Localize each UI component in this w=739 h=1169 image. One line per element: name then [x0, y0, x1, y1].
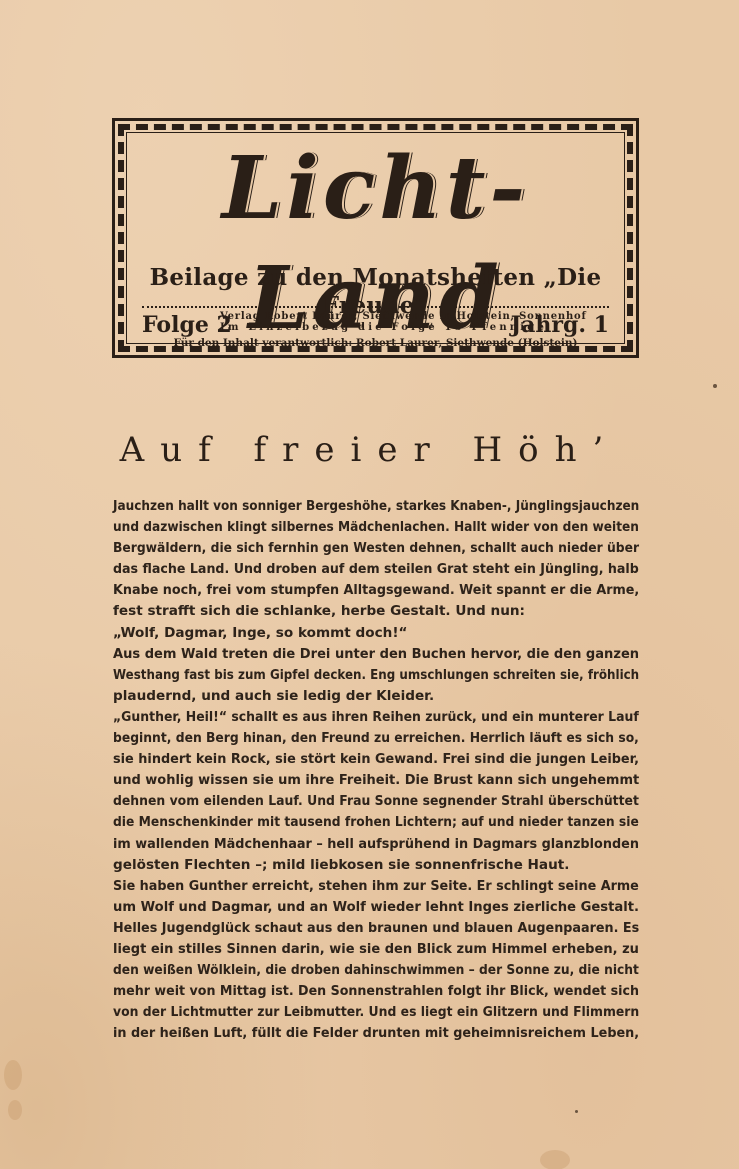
masthead-info: Folge 2 Verlag Robert Laurer, Siethwende…	[142, 310, 609, 354]
text-line: Knabe noch, frei vom stumpfen Alltagsgew…	[113, 580, 639, 601]
text-line: das flache Land. Und droben auf dem stei…	[113, 559, 639, 580]
text-line: mehr weit von Mittag ist. Den Sonnenstra…	[113, 981, 639, 1002]
text-line: plaudernd, und auch sie ledig der Kleide…	[113, 686, 639, 707]
publisher-block: Verlag Robert Laurer, Siethwende in Hols…	[220, 311, 513, 333]
text-line: dehnen vom eilenden Lauf. Und Frau Sonne…	[113, 791, 639, 812]
paper-stain	[8, 1100, 22, 1120]
text-line: Aus dem Wald treten die Drei unter den B…	[113, 644, 639, 665]
responsible-line: Für den Inhalt verantwortlich: Robert La…	[142, 337, 609, 350]
publisher-line: Verlag Robert Laurer, Siethwende in Hols…	[220, 311, 513, 322]
article-title: Auf freier Höh’	[0, 426, 739, 474]
volume-label: Jahrg. 1	[511, 310, 609, 340]
masthead-divider	[142, 306, 609, 308]
paper-speck	[575, 1110, 578, 1113]
text-line: gelösten Flechten –; mild liebkosen sie …	[113, 855, 639, 876]
text-line: beginnt, den Berg hinan, den Freund zu e…	[113, 728, 639, 749]
text-line: Jauchzen hallt von sonniger Bergeshöhe, …	[113, 496, 639, 517]
text-line: Sie haben Gunther erreicht, stehen ihm z…	[113, 876, 639, 897]
paper-stain	[540, 1150, 570, 1169]
text-line: den weißen Wölklein, die droben dahinsch…	[113, 960, 639, 981]
text-line: sie hindert kein Rock, sie stört kein Ge…	[113, 749, 639, 770]
issue-number: Folge 2	[142, 310, 232, 340]
article-body: Jauchzen hallt von sonniger Bergeshöhe, …	[113, 496, 643, 1044]
text-line: und dazwischen klingt silbernes Mädchenl…	[113, 517, 639, 538]
text-line: „Gunther, Heil!“ schallt es aus ihren Re…	[113, 707, 639, 728]
paper-stain	[4, 1060, 22, 1090]
text-line: und wohlig wissen sie um ihre Freiheit. …	[113, 770, 639, 791]
text-line: Helles Jugendglück schaut aus den braune…	[113, 918, 639, 939]
text-line: liegt ein stilles Sinnen darin, wie sie …	[113, 939, 639, 960]
text-line: „Wolf, Dagmar, Inge, so kommt doch!“	[113, 623, 639, 644]
text-line: Bergwäldern, die sich fernhin gen Westen…	[113, 538, 639, 559]
document-page: Licht-Land Beilage zu den Monatsheften „…	[0, 0, 739, 1169]
text-line: um Wolf und Dagmar, und an Wolf wieder l…	[113, 897, 639, 918]
masthead: Licht-Land Beilage zu den Monatsheften „…	[112, 118, 639, 358]
masthead-border: Licht-Land Beilage zu den Monatsheften „…	[118, 124, 633, 352]
text-line: fest strafft sich die schlanke, herbe Ge…	[113, 601, 639, 622]
text-line: im wallenden Mädchenhaar – hell aufsprüh…	[113, 834, 639, 855]
price-line: Im Einzelbezug die Folge 15 Pfennige	[220, 322, 513, 333]
paper-speck	[713, 384, 717, 388]
text-line: Westhang fast bis zum Gipfel decken. Eng…	[113, 665, 639, 686]
text-line: in der heißen Luft, füllt die Felder dru…	[113, 1023, 639, 1044]
text-line: von der Lichtmutter zur Leibmutter. Und …	[113, 1002, 639, 1023]
text-line: die Menschenkinder mit tausend frohen Li…	[113, 812, 639, 833]
